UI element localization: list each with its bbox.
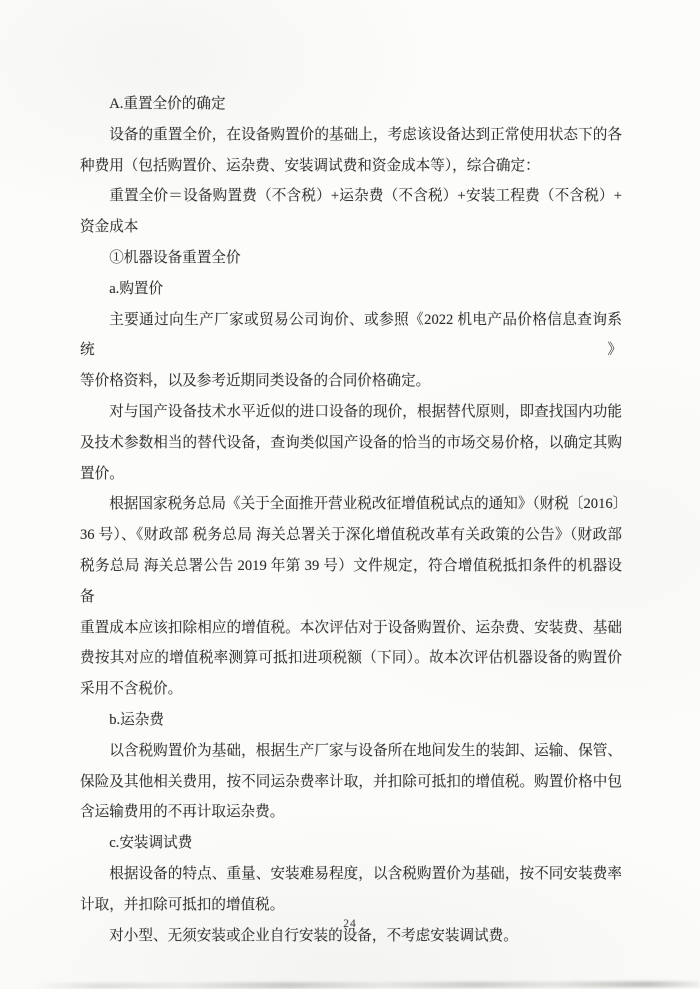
section-heading: c.安装调试费 (80, 828, 622, 859)
text-line: 税务总局 海关总署公告 2019 年第 39 号）文件规定，符合增值税抵扣条件的… (80, 551, 622, 613)
text-line: 根据国家税务总局《关于全面推开营业税改征增值税试点的通知》（财税〔2016〕 (80, 489, 622, 520)
text-line: ①机器设备重置全价 (80, 243, 622, 274)
text-line: 以含税购置价为基础，根据生产厂家与设备所在地间发生的装卸、运输、保管、 (80, 736, 622, 767)
scan-edge-artifact (34, 981, 700, 989)
text-line: 36 号）、《财政部 税务总局 海关总署关于深化增值税改革有关政策的公告》（财政… (80, 520, 622, 551)
text-line: 费按其对应的增值税率测算可抵扣进项税额（下同）。故本次评估机器设备的购置价 (80, 643, 622, 674)
text-line: 保险及其他相关费用，按不同运杂费率计取，并扣除可抵扣的增值税。购置价格中包 (80, 767, 622, 798)
text-line: 设备的重置全价，在设备购置价的基础上，考虑该设备达到正常使用状态下的各 (80, 120, 622, 151)
paragraph: 主要通过向生产厂家或贸易公司询价、或参照《2022 机电产品价格信息查询系统》等… (80, 305, 622, 397)
section-heading: a.购置价 (80, 274, 622, 305)
text-line: 主要通过向生产厂家或贸易公司询价、或参照《2022 机电产品价格信息查询系统》 (80, 305, 622, 367)
text-line: a.购置价 (80, 274, 622, 305)
text-line: 采用不含税价。 (80, 674, 622, 705)
text-line: 对与国产设备技术水平近似的进口设备的现价，根据替代原则，即查找国内功能 (80, 397, 622, 428)
text-line: 及技术参数相当的替代设备，查询类似国产设备的恰当的市场交易价格，以确定其购 (80, 428, 622, 459)
section-heading: b.运杂费 (80, 705, 622, 736)
page-number: 24 (0, 918, 700, 930)
text-line: 重置成本应该扣除相应的增值税。本次评估对于设备购置价、运杂费、安装费、基础 (80, 613, 622, 644)
text-line: 资金成本 (80, 212, 622, 243)
text-line: 含运输费用的不再计取运杂费。 (80, 797, 622, 828)
paragraph: 根据设备的特点、重量、安装难易程度，以含税购置价为基础，按不同安装费率计取，并扣… (80, 859, 622, 921)
paragraph: 设备的重置全价，在设备购置价的基础上，考虑该设备达到正常使用状态下的各种费用（包… (80, 120, 622, 182)
text-line: 重置全价＝设备购置费（不含税）+运杂费（不含税）+安装工程费（不含税）+ (80, 181, 622, 212)
text-line: 根据设备的特点、重量、安装难易程度，以含税购置价为基础，按不同安装费率 (80, 859, 622, 890)
text-line: A.重置全价的确定 (80, 89, 622, 120)
section-heading: ①机器设备重置全价 (80, 243, 622, 274)
paragraph: 以含税购置价为基础，根据生产厂家与设备所在地间发生的装卸、运输、保管、保险及其他… (80, 736, 622, 828)
text-line: 等价格资料，以及参考近期同类设备的合同价格确定。 (80, 366, 622, 397)
document-page: A.重置全价的确定设备的重置全价，在设备购置价的基础上，考虑该设备达到正常使用状… (0, 0, 700, 989)
text-line: b.运杂费 (80, 705, 622, 736)
paragraph: 重置全价＝设备购置费（不含税）+运杂费（不含税）+安装工程费（不含税）+资金成本 (80, 181, 622, 243)
text-line: 种费用（包括购置价、运杂费、安装调试费和资金成本等），综合确定： (80, 151, 622, 182)
text-line: 计取，并扣除可抵扣的增值税。 (80, 890, 622, 921)
text-line: c.安装调试费 (80, 828, 622, 859)
text-line: 置价。 (80, 459, 622, 490)
paragraph: 对与国产设备技术水平近似的进口设备的现价，根据替代原则，即查找国内功能及技术参数… (80, 397, 622, 489)
document-body: A.重置全价的确定设备的重置全价，在设备购置价的基础上，考虑该设备达到正常使用状… (80, 89, 622, 951)
section-heading: A.重置全价的确定 (80, 89, 622, 120)
paragraph: 根据国家税务总局《关于全面推开营业税改征增值税试点的通知》（财税〔2016〕36… (80, 489, 622, 705)
